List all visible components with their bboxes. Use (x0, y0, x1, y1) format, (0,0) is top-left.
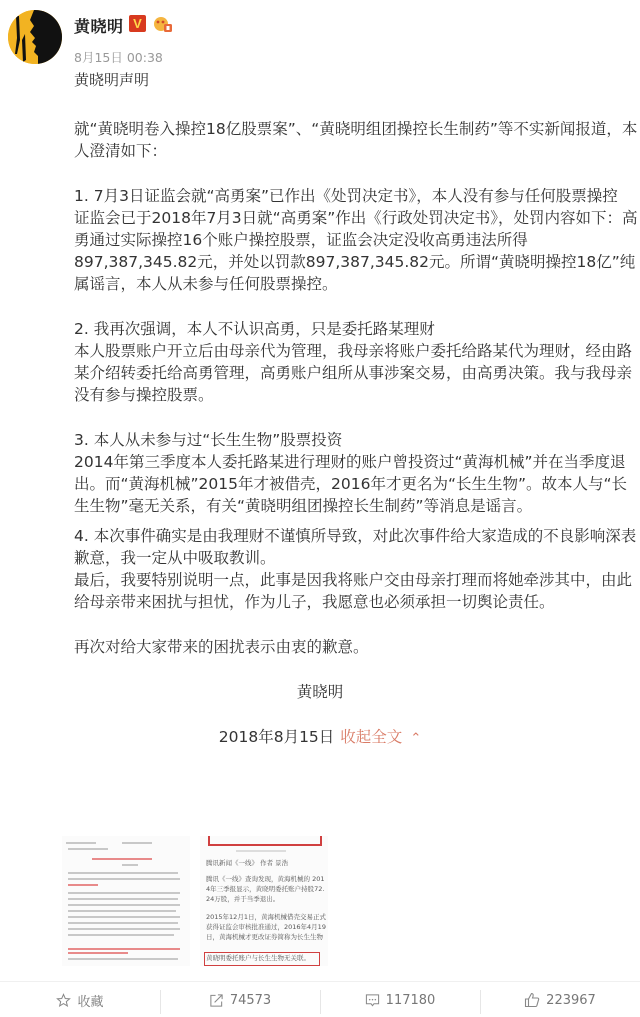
avatar[interactable] (8, 10, 62, 64)
favorite-button[interactable]: 收藏 (0, 982, 160, 1017)
comment-button[interactable]: 117180 (320, 982, 480, 1017)
verified-badge-icon: V (129, 15, 146, 32)
post-title: 黄晓明声明 (74, 69, 149, 90)
action-bar: 收藏 74573 117180 223967 (0, 981, 640, 1017)
like-button[interactable]: 223967 (480, 982, 640, 1017)
point-3-heading: 3. 本人从未参与过“长生生物”股票投资 (74, 429, 640, 451)
post-time[interactable]: 8月15日 00:38 (74, 48, 163, 66)
point-2-heading: 2. 我再次强调，本人不认识高勇，只是委托路某理财 (74, 318, 640, 340)
statement-date: 2018年8月15日 (219, 728, 335, 746)
repost-icon (209, 993, 224, 1008)
post-header: 黄晓明 V 8月15日 00:38 黄晓明声明 (0, 0, 640, 100)
image-thumbnail-news[interactable]: 腾讯新闻《一线》 作者 景浩 腾讯《一线》查询发现，黄海机械的 201 4年三季… (200, 836, 328, 966)
like-count: 223967 (546, 993, 596, 1008)
author-name[interactable]: 黄晓明 (74, 14, 124, 37)
comment-icon (365, 993, 380, 1008)
point-2-body: 本人股票账户开立后由母亲代为管理，我母亲将账户委托给路某代为理财，经由路某介绍转… (74, 340, 640, 406)
star-icon (56, 993, 71, 1008)
chevron-up-icon[interactable]: ⌃ (410, 731, 421, 746)
image-gallery: 腾讯新闻《一线》 作者 景浩 腾讯《一线》查询发现，黄海机械的 201 4年三季… (62, 836, 332, 966)
signature: 黄晓明 (74, 681, 640, 703)
favorite-label: 收藏 (77, 991, 103, 1010)
closing-paragraph: 再次对给大家带来的困扰表示由衷的歉意。 (74, 636, 640, 658)
point-1-body: 证监会已于2018年7月3日就“高勇案”作出《行政处罚决定书》，处罚内容如下：高… (74, 207, 640, 295)
intro-paragraph: 就“黄晓明卷入操控18亿股票案”、“黄晓明组团操控长生制药”等不实新闻报道，本人… (74, 118, 640, 162)
comment-count: 117180 (386, 993, 436, 1008)
news-header-bracket (208, 836, 322, 846)
point-4-heading: 4. 本次事件确实是由我理财不谨慎所导致，对此次事件给大家造成的不良影响深表歉意… (74, 525, 640, 569)
avatar-silhouette-icon (8, 10, 62, 64)
fan-badge-icon (152, 13, 174, 35)
repost-button[interactable]: 74573 (160, 982, 320, 1017)
dateline: 2018年8月15日收起全文⌃ (74, 726, 640, 750)
thumbs-up-icon (524, 992, 540, 1008)
point-3-body: 2014年第三季度本人委托路某进行理财的账户曾投资过“黄海机械”并在当季度退出。… (74, 451, 640, 517)
image-thumbnail-document[interactable] (62, 836, 190, 966)
point-1-heading: 1. 7月3日证监会就“高勇案”已作出《处罚决定书》，本人没有参与任何股票操控 (74, 185, 640, 207)
highlight-box (204, 952, 320, 966)
post-body: 就“黄晓明卷入操控18亿股票案”、“黄晓明组团操控长生制药”等不实新闻报道，本人… (74, 118, 640, 750)
point-4-body: 最后，我要特别说明一点，此事是因我将账户交由母亲打理而将她牵涉其中，由此给母亲带… (74, 569, 640, 613)
collapse-full-text-link[interactable]: 收起全文 (340, 728, 402, 746)
repost-count: 74573 (230, 993, 271, 1008)
